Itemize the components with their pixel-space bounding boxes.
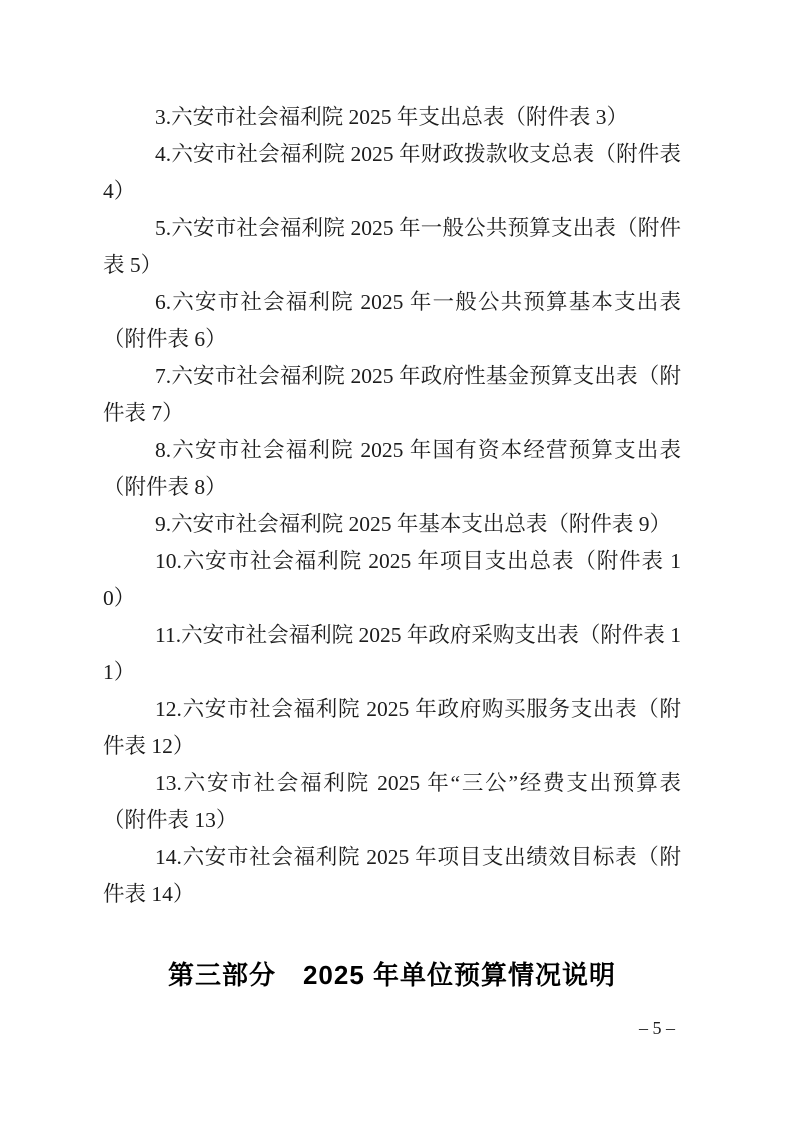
- document-page: 3.六安市社会福利院 2025 年支出总表（附件表 3） 4.六安市社会福利院 …: [0, 0, 793, 1122]
- attachment-list-item: 11.六安市社会福利院 2025 年政府采购支出表（附件表 11）: [103, 617, 681, 691]
- attachment-list-item: 4.六安市社会福利院 2025 年财政拨款收支总表（附件表 4）: [103, 136, 681, 210]
- attachment-list: 3.六安市社会福利院 2025 年支出总表（附件表 3） 4.六安市社会福利院 …: [103, 99, 681, 995]
- attachment-list-item: 13.六安市社会福利院 2025 年“三公”经费支出预算表（附件表 13）: [103, 765, 681, 839]
- attachment-list-item: 5.六安市社会福利院 2025 年一般公共预算支出表（附件表 5）: [103, 210, 681, 284]
- attachment-list-item: 8.六安市社会福利院 2025 年国有资本经营预算支出表（附件表 8）: [103, 432, 681, 506]
- attachment-list-item: 9.六安市社会福利院 2025 年基本支出总表（附件表 9）: [103, 506, 681, 543]
- section-heading: 第三部分 2025 年单位预算情况说明: [103, 955, 681, 995]
- attachment-list-item: 3.六安市社会福利院 2025 年支出总表（附件表 3）: [103, 99, 681, 136]
- attachment-list-item: 10.六安市社会福利院 2025 年项目支出总表（附件表 10）: [103, 543, 681, 617]
- attachment-list-item: 14.六安市社会福利院 2025 年项目支出绩效目标表（附件表 14）: [103, 839, 681, 913]
- page-number: – 5 –: [639, 1018, 675, 1038]
- attachment-list-item: 6.六安市社会福利院 2025 年一般公共预算基本支出表（附件表 6）: [103, 284, 681, 358]
- attachment-list-item: 7.六安市社会福利院 2025 年政府性基金预算支出表（附件表 7）: [103, 358, 681, 432]
- attachment-list-item: 12.六安市社会福利院 2025 年政府购买服务支出表（附件表 12）: [103, 691, 681, 765]
